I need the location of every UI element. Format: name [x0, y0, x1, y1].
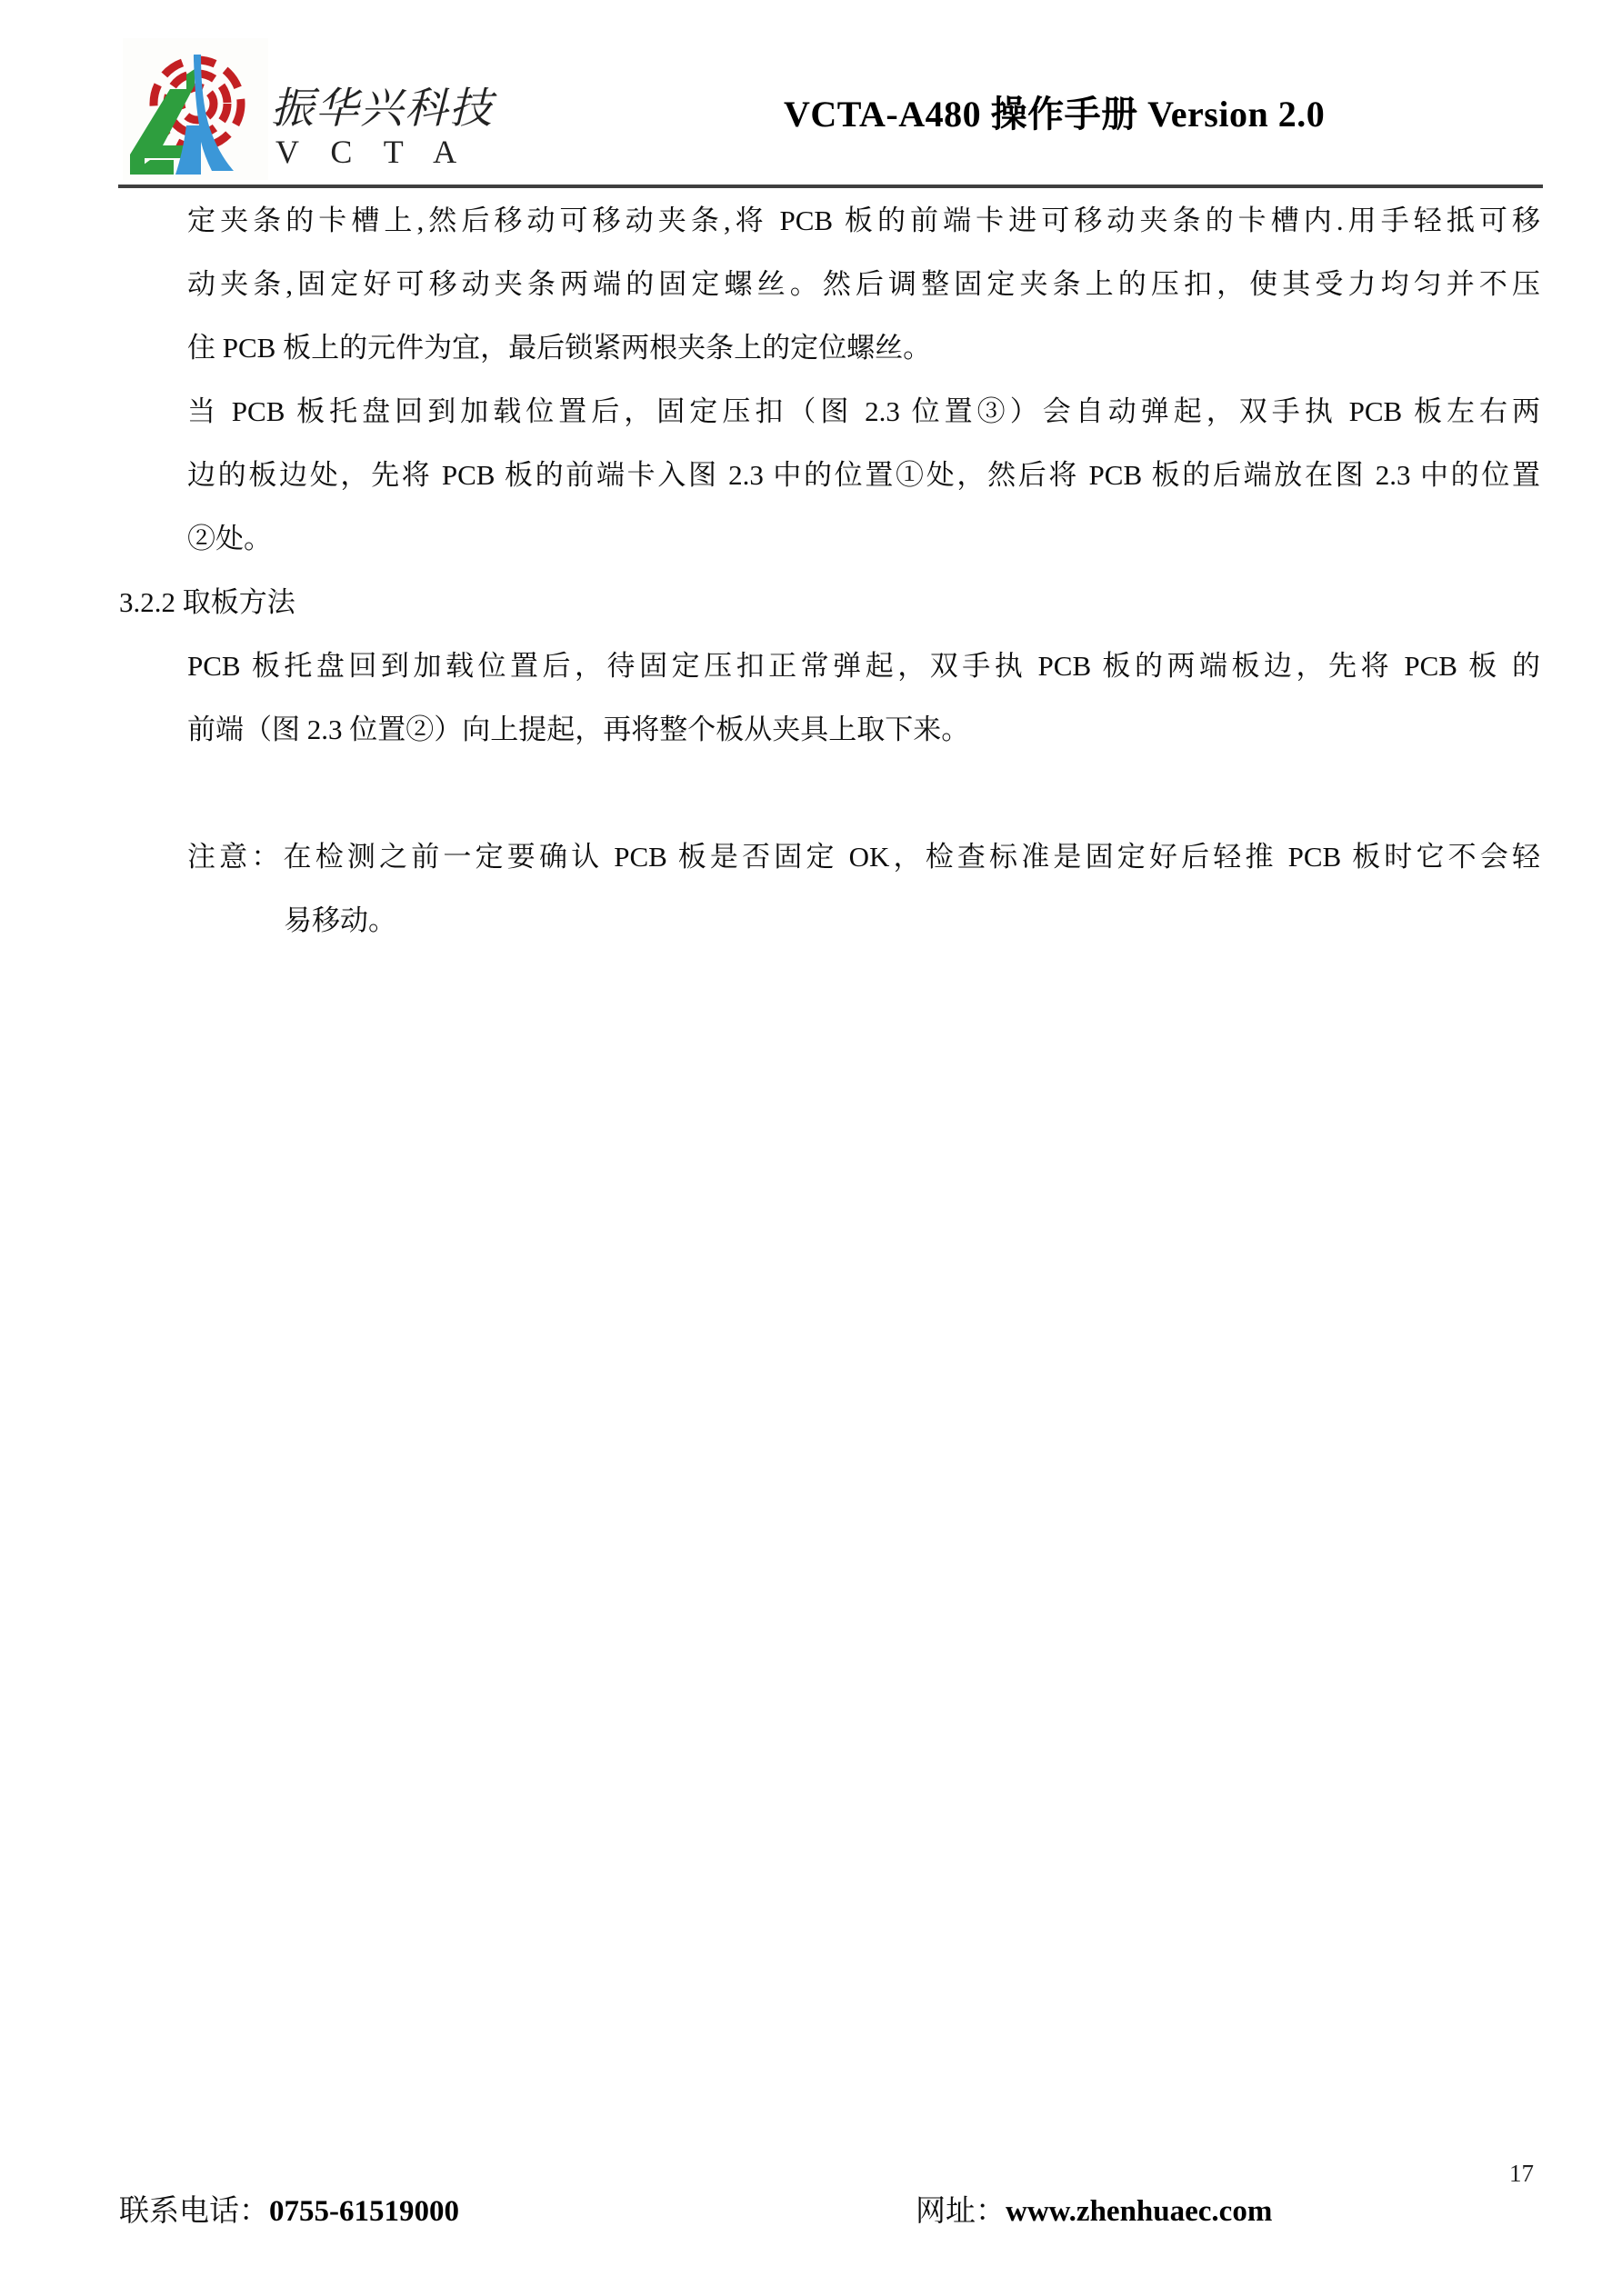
paragraph-line: 当 PCB 板托盘回到加载位置后，固定压扣（图 2.3 位置③）会自动弹起，双手…: [119, 380, 1540, 444]
website-url: www.zhenhuaec.com: [1006, 2195, 1272, 2228]
page-number: 17: [1509, 2160, 1534, 2188]
paragraph-line: 住 PCB 板上的元件为宜，最后锁紧两根夹条上的定位螺丝。: [119, 316, 1540, 380]
paragraph-line: 动夹条,固定好可移动夹条两端的固定螺丝。然后调整固定夹条上的压扣，使其受力均匀并…: [119, 253, 1540, 316]
paragraph-line: PCB 板托盘回到加载位置后，待固定压扣正常弹起，双手执 PCB 板的两端板边，…: [119, 634, 1540, 698]
paragraph-line: 边的板边处，先将 PCB 板的前端卡入图 2.3 中的位置①处，然后将 PCB …: [119, 444, 1540, 507]
body-text: 定夹条的卡槽上,然后移动可移动夹条,将 PCB 板的前端卡进可移动夹条的卡槽内.…: [119, 189, 1540, 953]
footer-website: 网址：www.zhenhuaec.com: [916, 2187, 1272, 2230]
company-name-cn: 振华兴科技: [271, 75, 494, 135]
section-heading-322: 3.2.2 取板方法: [119, 571, 1540, 634]
company-logo: [123, 38, 268, 180]
note-line: 注意：在检测之前一定要确认 PCB 板是否固定 OK，检查标准是固定好后轻推 P…: [119, 825, 1540, 889]
manual-page: 振华兴科技 V C T A VCTA-A480 操作手册 Version 2.0…: [0, 0, 1622, 2296]
header-divider: [118, 185, 1543, 188]
company-name-en: V C T A: [275, 133, 468, 171]
document-title: VCTA-A480 操作手册 Version 2.0: [784, 85, 1325, 137]
paragraph-line: ②处。: [119, 507, 1540, 571]
paragraph-line: 定夹条的卡槽上,然后移动可移动夹条,将 PCB 板的前端卡进可移动夹条的卡槽内.…: [119, 189, 1540, 253]
blank-line: [119, 762, 1540, 825]
phone-label: 联系电话：: [119, 2195, 269, 2228]
note-line: 易移动。: [119, 889, 1540, 953]
phone-number: 0755-61519000: [269, 2195, 459, 2228]
paragraph-line: 前端（图 2.3 位置②）向上提起，再将整个板从夹具上取下来。: [119, 698, 1540, 762]
radio-tower-logo-icon: [123, 38, 268, 180]
footer-phone: 联系电话：0755-61519000: [119, 2187, 459, 2230]
website-label: 网址：: [916, 2195, 1006, 2228]
